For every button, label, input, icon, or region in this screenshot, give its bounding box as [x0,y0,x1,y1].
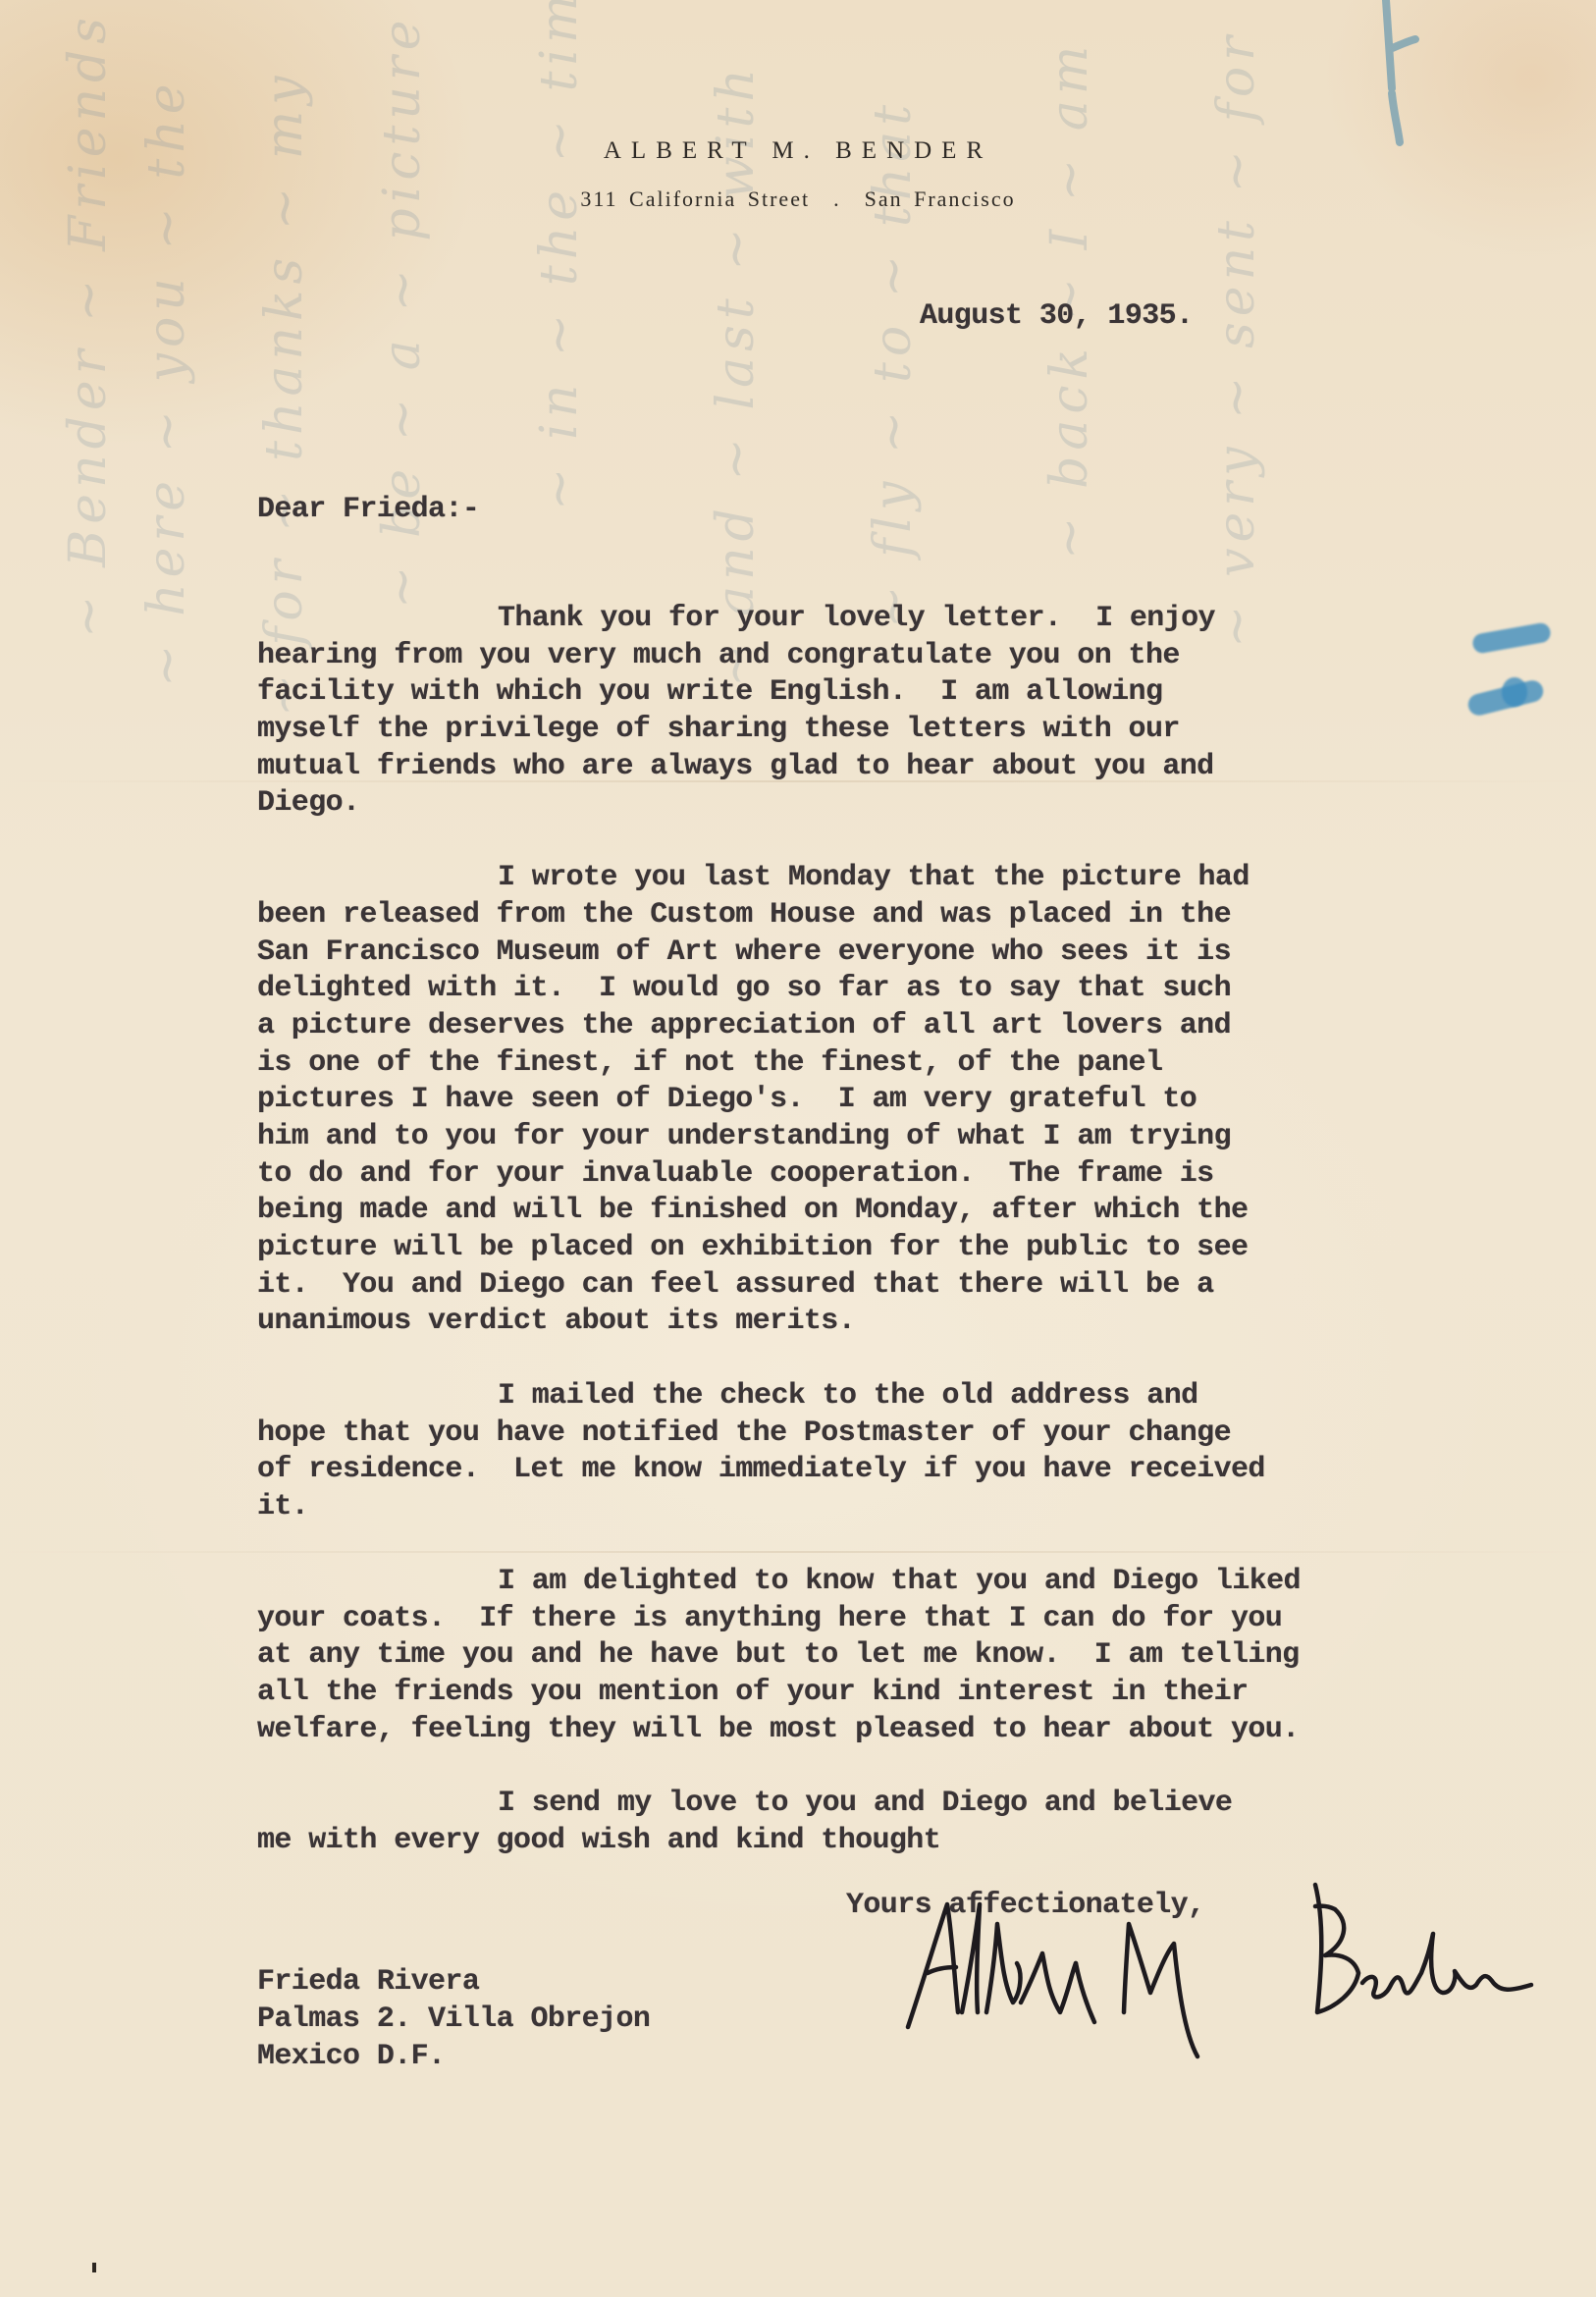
letter-date: August 30, 1935. [920,299,1193,333]
text-line: I wrote you last Monday that the picture… [257,860,1376,897]
recipient-city: Mexico D.F. [257,2038,650,2075]
letterhead-address: 311 California Street.San Francisco [0,187,1596,212]
text-line: welfare, feeling they will be most pleas… [257,1712,1376,1749]
text-line: it. [257,1489,1376,1526]
text-line: Thank you for your lovely letter. I enjo… [257,601,1376,638]
letterhead-street: 311 California Street [580,187,810,211]
paragraph: I send my love to you and Diego and beli… [257,1786,1376,1859]
salutation: Dear Frieda:- [257,493,479,526]
text-line: I send my love to you and Diego and beli… [257,1786,1376,1823]
text-line: Diego. [257,785,1376,823]
letterhead-separator: . [833,187,841,211]
paragraph: I am delighted to know that you and Dieg… [257,1564,1376,1748]
text-line: myself the privilege of sharing these le… [257,712,1376,749]
text-line: all the friends you mention of your kind… [257,1675,1376,1712]
blue-ink-mark [1502,677,1527,707]
letterhead-name: ALBERT M. BENDER [0,137,1596,165]
blue-ink-corner-mark [1364,0,1423,147]
text-line: your coats. If there is anything here th… [257,1601,1376,1638]
text-line: mutual friends who are always glad to he… [257,749,1376,786]
text-line: facility with which you write English. I… [257,674,1376,712]
paragraph: Thank you for your lovely letter. I enjo… [257,601,1376,823]
text-line: delighted with it. I would go so far as … [257,971,1376,1008]
recipient-address: Frieda Rivera Palmas 2. Villa Obrejon Me… [257,1963,650,2075]
text-line: being made and will be finished on Monda… [257,1193,1376,1230]
recipient-street: Palmas 2. Villa Obrejon [257,2001,650,2038]
text-line: picture will be placed on exhibition for… [257,1230,1376,1267]
paragraph: I wrote you last Monday that the picture… [257,860,1376,1341]
text-line: I am delighted to know that you and Dieg… [257,1564,1376,1601]
text-line: at any time you and he have but to let m… [257,1637,1376,1675]
text-line: me with every good wish and kind thought [257,1823,1376,1860]
text-line: to do and for your invaluable cooperatio… [257,1156,1376,1194]
text-line: him and to you for your understanding of… [257,1119,1376,1156]
text-line: unanimous verdict about its merits. [257,1304,1376,1341]
recipient-name: Frieda Rivera [257,1963,650,2001]
text-line: pictures I have seen of Diego's. I am ve… [257,1082,1376,1119]
text-line: I mailed the check to the old address an… [257,1378,1376,1416]
text-line: of residence. Let me know immediately if… [257,1452,1376,1489]
signature-icon [893,1865,1580,2061]
text-line: a picture deserves the appreciation of a… [257,1008,1376,1045]
text-line: hearing from you very much and congratul… [257,638,1376,675]
text-line: hope that you have notified the Postmast… [257,1416,1376,1453]
text-line: San Francisco Museum of Art where everyo… [257,935,1376,972]
letterhead-city: San Francisco [865,187,1016,211]
text-line: been released from the Custom House and … [257,897,1376,935]
letter-body: Thank you for your lovely letter. I enjo… [257,601,1376,1897]
paper-speck [92,2263,96,2272]
text-line: is one of the finest, if not the finest,… [257,1045,1376,1083]
paragraph: I mailed the check to the old address an… [257,1378,1376,1526]
text-line: it. You and Diego can feel assured that … [257,1267,1376,1305]
